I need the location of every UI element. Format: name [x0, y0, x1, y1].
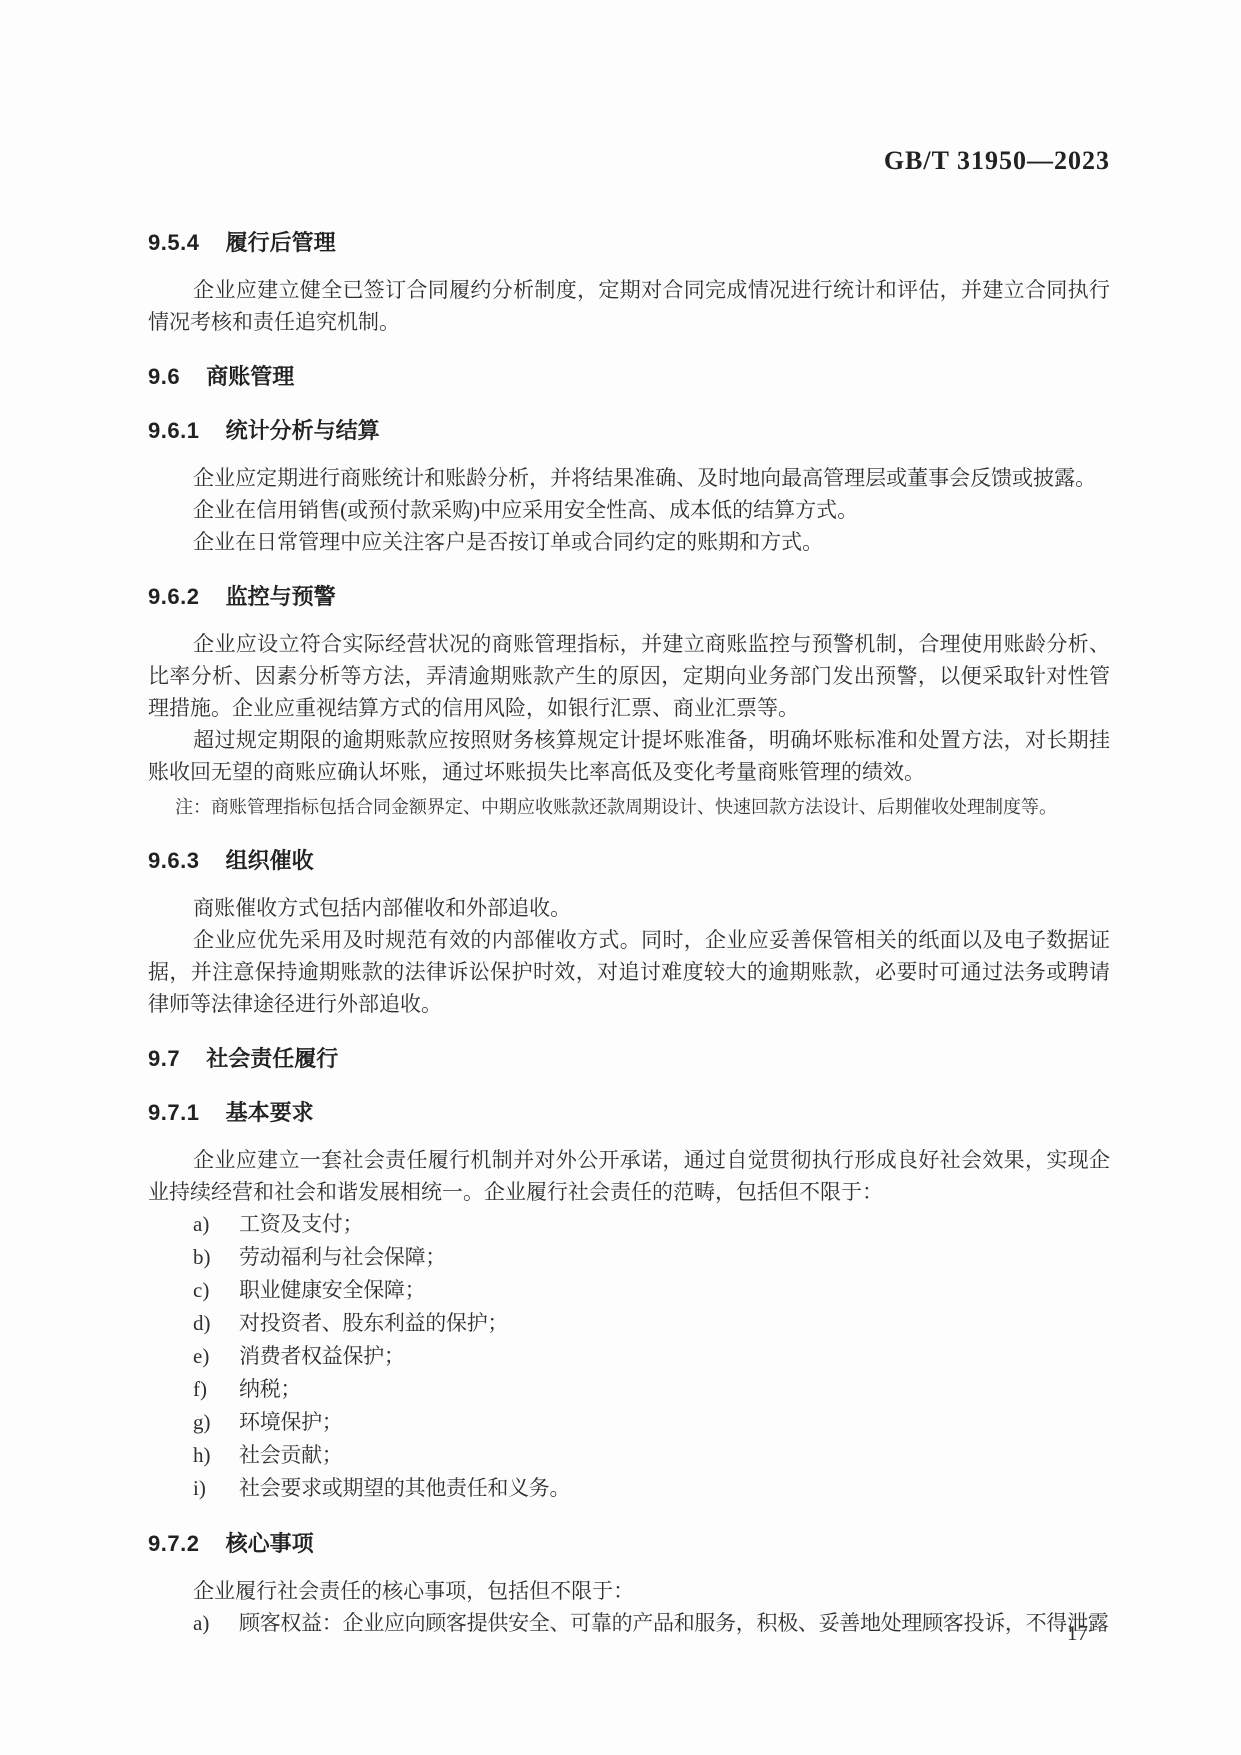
- list-item: h) 社会贡献；: [148, 1439, 1110, 1472]
- list-item: e) 消费者权益保护；: [148, 1340, 1110, 1373]
- section-number: 9.7: [148, 1046, 180, 1071]
- paragraph: 企业在日常管理中应关注客户是否按订单或合同约定的账期和方式。: [148, 526, 1110, 558]
- section-number: 9.6.1: [148, 418, 199, 443]
- paragraph: 企业履行社会责任的核心事项，包括但不限于：: [148, 1575, 1110, 1607]
- list-item-label: g): [193, 1406, 239, 1439]
- standard-number-header: GB/T 31950—2023: [148, 146, 1110, 176]
- section-heading: 9.7.1 基本要求: [148, 1098, 1110, 1128]
- paragraph: 企业在信用销售(或预付款采购)中应采用安全性高、成本低的结算方式。: [148, 494, 1110, 526]
- section-title: 组织催收: [226, 848, 314, 873]
- document-page: GB/T 31950—2023 9.5.4 履行后管理 企业应建立健全已签订合同…: [0, 0, 1241, 1755]
- section-note: 注：商账管理指标包括合同金额界定、中期应收账款还款周期设计、快速回款方法设计、后…: [148, 792, 1110, 822]
- list-item: g) 环境保护；: [148, 1406, 1110, 1439]
- section-heading: 9.6 商账管理: [148, 362, 1110, 392]
- section-heading: 9.6.3 组织催收: [148, 846, 1110, 876]
- section-9-6-3: 9.6.3 组织催收 商账催收方式包括内部催收和外部追收。 企业应优先采用及时规…: [148, 846, 1110, 1020]
- section-number: 9.6: [148, 364, 180, 389]
- list-item-label: b): [193, 1241, 239, 1274]
- list-item-label: a): [193, 1607, 239, 1640]
- list-item-text: 纳税；: [239, 1373, 1110, 1406]
- section-9-5-4: 9.5.4 履行后管理 企业应建立健全已签订合同履约分析制度，定期对合同完成情况…: [148, 228, 1110, 338]
- list-item-label: d): [193, 1307, 239, 1340]
- paragraph: 企业应设立符合实际经营状况的商账管理指标，并建立商账监控与预警机制，合理使用账龄…: [148, 628, 1110, 724]
- core-items-list: a) 顾客权益：企业应向顾客提供安全、可靠的产品和服务，积极、妥善地处理顾客投诉…: [148, 1607, 1110, 1640]
- paragraph: 企业应建立一套社会责任履行机制并对外公开承诺，通过自觉贯彻执行形成良好社会效果，…: [148, 1144, 1110, 1208]
- list-item-text: 对投资者、股东利益的保护；: [239, 1307, 1110, 1340]
- section-9-7: 9.7 社会责任履行: [148, 1044, 1110, 1074]
- list-item-text: 顾客权益：企业应向顾客提供安全、可靠的产品和服务，积极、妥善地处理顾客投诉，不得…: [239, 1607, 1110, 1640]
- section-heading: 9.6.1 统计分析与结算: [148, 416, 1110, 446]
- section-9-7-1: 9.7.1 基本要求 企业应建立一套社会责任履行机制并对外公开承诺，通过自觉贯彻…: [148, 1098, 1110, 1505]
- list-item-text: 社会贡献；: [239, 1439, 1110, 1472]
- section-heading: 9.7 社会责任履行: [148, 1044, 1110, 1074]
- list-item-text: 劳动福利与社会保障；: [239, 1241, 1110, 1274]
- section-number: 9.7.2: [148, 1531, 199, 1556]
- section-title: 基本要求: [226, 1100, 314, 1125]
- section-heading: 9.7.2 核心事项: [148, 1529, 1110, 1559]
- list-item: a) 工资及支付；: [148, 1208, 1110, 1241]
- paragraph: 企业应优先采用及时规范有效的内部催收方式。同时，企业应妥善保管相关的纸面以及电子…: [148, 924, 1110, 1020]
- paragraph: 企业应定期进行商账统计和账龄分析，并将结果准确、及时地向最高管理层或董事会反馈或…: [148, 462, 1110, 494]
- section-heading: 9.6.2 监控与预警: [148, 582, 1110, 612]
- list-item-text: 职业健康安全保障；: [239, 1274, 1110, 1307]
- section-title: 商账管理: [206, 364, 294, 389]
- list-item-text: 环境保护；: [239, 1406, 1110, 1439]
- section-title: 履行后管理: [226, 230, 336, 255]
- section-title: 监控与预警: [226, 584, 336, 609]
- list-item: f) 纳税；: [148, 1373, 1110, 1406]
- list-item-label: c): [193, 1274, 239, 1307]
- section-heading: 9.5.4 履行后管理: [148, 228, 1110, 258]
- section-9-6-1: 9.6.1 统计分析与结算 企业应定期进行商账统计和账龄分析，并将结果准确、及时…: [148, 416, 1110, 558]
- section-9-6: 9.6 商账管理: [148, 362, 1110, 392]
- paragraph: 超过规定期限的逾期账款应按照财务核算规定计提坏账准备，明确坏账标准和处置方法，对…: [148, 724, 1110, 788]
- list-item-label: f): [193, 1373, 239, 1406]
- page-number: 17: [1067, 1618, 1088, 1648]
- list-item: i) 社会要求或期望的其他责任和义务。: [148, 1472, 1110, 1505]
- list-item-text: 消费者权益保护；: [239, 1340, 1110, 1373]
- responsibility-list: a) 工资及支付； b) 劳动福利与社会保障； c) 职业健康安全保障； d) …: [148, 1208, 1110, 1505]
- section-title: 社会责任履行: [206, 1046, 338, 1071]
- list-item: a) 顾客权益：企业应向顾客提供安全、可靠的产品和服务，积极、妥善地处理顾客投诉…: [148, 1607, 1110, 1640]
- list-item: c) 职业健康安全保障；: [148, 1274, 1110, 1307]
- list-item: b) 劳动福利与社会保障；: [148, 1241, 1110, 1274]
- paragraph: 企业应建立健全已签订合同履约分析制度，定期对合同完成情况进行统计和评估，并建立合…: [148, 274, 1110, 338]
- paragraph: 商账催收方式包括内部催收和外部追收。: [148, 892, 1110, 924]
- list-item-text: 社会要求或期望的其他责任和义务。: [239, 1472, 1110, 1505]
- list-item-label: a): [193, 1208, 239, 1241]
- section-title: 核心事项: [226, 1531, 314, 1556]
- section-number: 9.6.3: [148, 848, 199, 873]
- section-number: 9.6.2: [148, 584, 199, 609]
- section-number: 9.5.4: [148, 230, 199, 255]
- list-item-label: h): [193, 1439, 239, 1472]
- list-item: d) 对投资者、股东利益的保护；: [148, 1307, 1110, 1340]
- list-item-text: 工资及支付；: [239, 1208, 1110, 1241]
- section-9-7-2: 9.7.2 核心事项 企业履行社会责任的核心事项，包括但不限于： a) 顾客权益…: [148, 1529, 1110, 1640]
- list-item-label: i): [193, 1472, 239, 1505]
- section-number: 9.7.1: [148, 1100, 199, 1125]
- section-9-6-2: 9.6.2 监控与预警 企业应设立符合实际经营状况的商账管理指标，并建立商账监控…: [148, 582, 1110, 822]
- list-item-label: e): [193, 1340, 239, 1373]
- section-title: 统计分析与结算: [226, 418, 380, 443]
